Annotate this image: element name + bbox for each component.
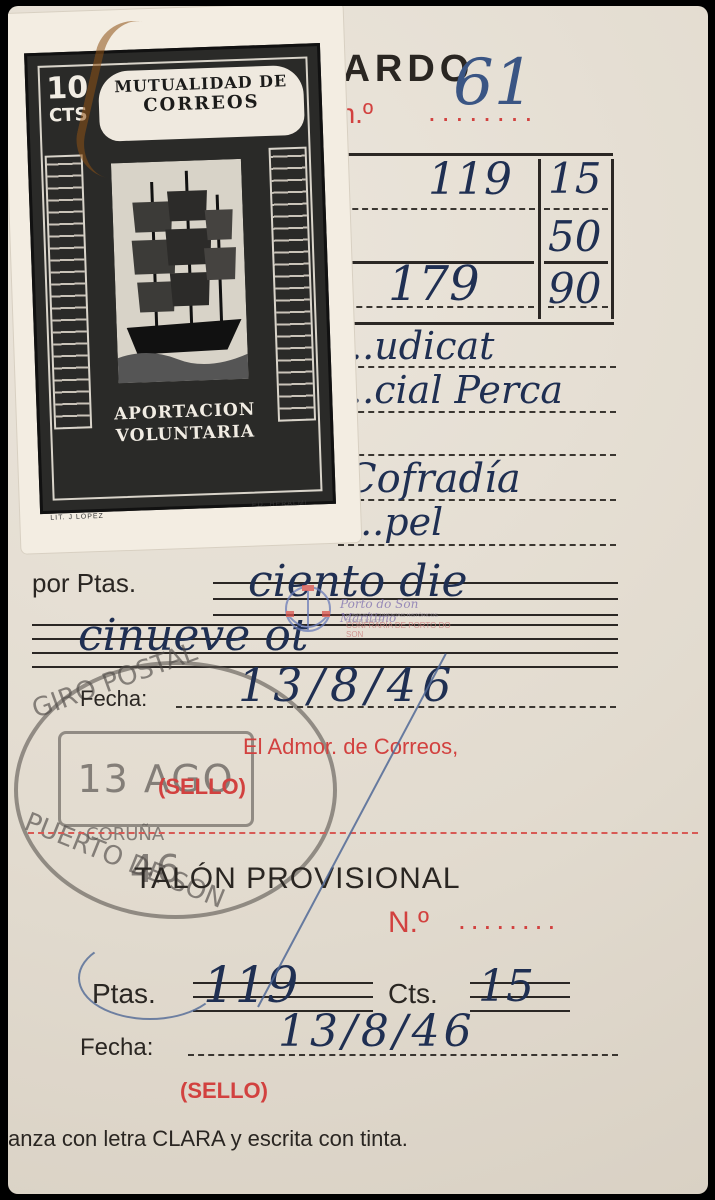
postal-no-handwritten: 61 xyxy=(453,46,534,120)
postal-money-order-card: UARDO al n.º ........ 61 119 15 50 179 9… xyxy=(8,6,708,1194)
talon-sello-label: (SELLO) xyxy=(180,1078,268,1104)
charity-stamp: 10 CTS MUTUALIDAD DE CORREOS AP xyxy=(8,6,361,554)
watermark-org: CONFRARÍA DE PORTO DO SON xyxy=(346,621,458,639)
talon-cts-value: 15 xyxy=(478,961,534,1012)
footer-instruction: anza con letra CLARA y escrita con tinta… xyxy=(8,1126,408,1152)
handwritten-line-4: ...pel xyxy=(348,500,443,544)
sello-label: (SELLO) xyxy=(158,774,246,800)
table-row-2-cts: 50 xyxy=(548,212,601,261)
talon-no-dots: ........ xyxy=(458,904,560,936)
pen-loop xyxy=(78,936,222,1020)
fecha-label: Fecha: xyxy=(80,686,147,712)
handwritten-line-1: ...udicat xyxy=(338,324,494,368)
fecha-value: 13/8/46 xyxy=(238,658,457,712)
talon-no-label: N.º xyxy=(388,906,429,940)
table-row-1-cts: 15 xyxy=(548,154,601,203)
table-row-1-ptas: 119 xyxy=(428,154,512,205)
sailing-ship-icon xyxy=(111,159,249,383)
talon-fecha-value: 13/8/46 xyxy=(278,1006,476,1057)
stamp-printer-right: ED. HERALMI xyxy=(252,500,308,509)
stamp-printer-left: LIT. J LOPEZ xyxy=(50,513,104,522)
handwritten-line-3: Cofradía xyxy=(346,456,521,502)
table-row-3-cts: 90 xyxy=(548,264,601,313)
tear-line xyxy=(28,832,698,834)
table-row-3-ptas: 179 xyxy=(388,256,480,312)
talon-title: TALÓN PROVISIONAL xyxy=(134,862,461,896)
anchor-icon xyxy=(278,581,338,641)
talon-fecha-label: Fecha: xyxy=(80,1034,153,1062)
handwritten-line-2: ...cial Perca xyxy=(338,368,563,412)
administrator-label: El Admor. de Correos, xyxy=(243,734,458,760)
stamp-caption: APORTACION VOLUNTARIA xyxy=(59,397,311,476)
archive-watermark: Porto do Son Marítimo FONDOS DOCUMENTAIS… xyxy=(278,581,458,641)
por-ptas-label: por Ptas. xyxy=(32,568,136,599)
